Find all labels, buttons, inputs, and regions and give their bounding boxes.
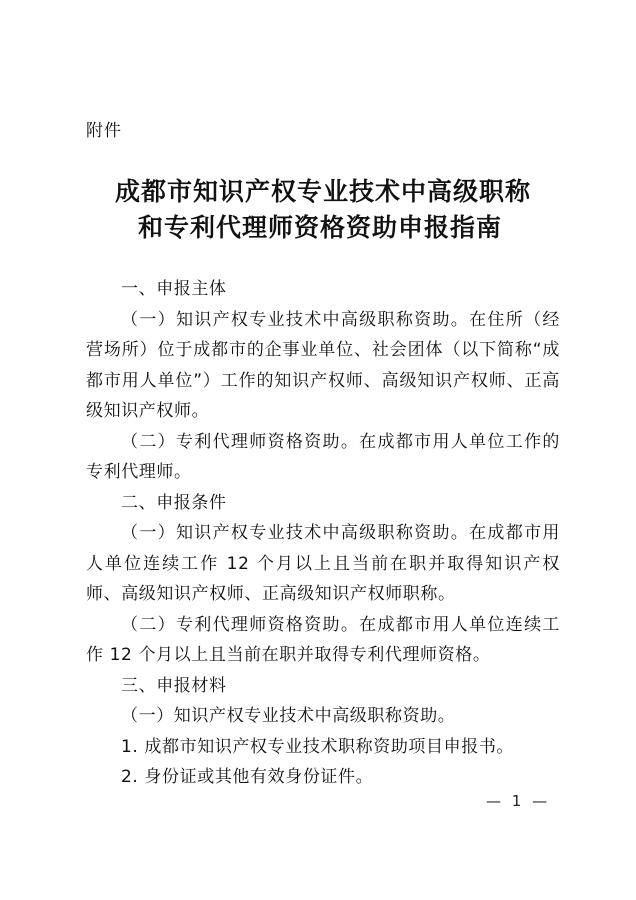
page-number: — 1 — — [486, 792, 550, 810]
paragraph-conditions-titles: （一）知识产权专业技术中高级职称资助。在成都市用人单位连续工作 12 个月以上且… — [86, 518, 560, 610]
list-item-application-form: 1. 成都市知识产权专业技术职称资助项目申报书。 — [86, 732, 560, 763]
paragraph-applicants-patent-agent: （二）专利代理师资格资助。在成都市用人单位工作的专利代理师。 — [86, 427, 560, 488]
attachment-label: 附件 — [86, 120, 122, 142]
document-page: 附件 成都市知识产权专业技术中高级职称 和专利代理师资格资助申报指南 一、申报主… — [0, 0, 636, 900]
paragraph-applicants-titles: （一）知识产权专业技术中高级职称资助。在住所（经营场所）位于成都市的企事业单位、… — [86, 305, 560, 427]
document-title-line-2: 和专利代理师资格资助申报指南 — [0, 210, 636, 246]
paragraph-conditions-patent-agent: （二）专利代理师资格资助。在成都市用人单位连续工作 12 个月以上且当前在职并取… — [86, 610, 560, 671]
paragraph-materials-titles: （一）知识产权专业技术中高级职称资助。 — [86, 701, 560, 732]
section-heading-materials: 三、申报材料 — [86, 671, 560, 702]
section-heading-conditions: 二、申报条件 — [86, 488, 560, 519]
document-title-line-1: 成都市知识产权专业技术中高级职称 — [0, 174, 636, 210]
document-body: 一、申报主体 （一）知识产权专业技术中高级职称资助。在住所（经营场所）位于成都市… — [86, 274, 560, 793]
section-heading-applicants: 一、申报主体 — [86, 274, 560, 305]
list-item-id-document: 2. 身份证或其他有效身份证件。 — [86, 762, 560, 793]
